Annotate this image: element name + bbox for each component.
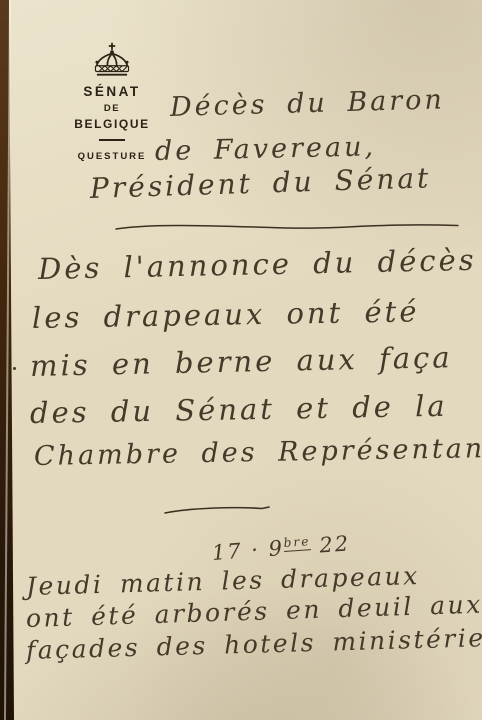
- photograph-background: SÉNAT DE BELGIQUE QUESTURE Décès du Baro…: [0, 0, 482, 720]
- royal-crown-icon: [89, 42, 135, 78]
- ink-underline-flourish: [162, 503, 274, 517]
- letterhead-org-line1: SÉNAT: [60, 85, 164, 98]
- letterhead: SÉNAT DE BELGIQUE QUESTURE: [60, 42, 164, 162]
- date-day: 17 ·: [211, 538, 261, 565]
- letterhead-org-line3: BELGIQUE: [60, 118, 164, 130]
- ink-flourish-line: [113, 219, 463, 235]
- letterhead-org-line2: DE: [60, 104, 164, 113]
- handwritten-body-line: les drapeaux ont été: [32, 294, 420, 335]
- date-year: 22: [319, 531, 351, 557]
- ink-speck: [13, 367, 16, 370]
- letterhead-divider: [99, 139, 125, 141]
- handwritten-body-line: des du Sénat et de la: [30, 389, 448, 430]
- handwritten-title-line: de Favereau,: [155, 131, 377, 167]
- paper-edge-highlight: [4, 0, 11, 720]
- date-month-suffix: bre: [283, 534, 311, 552]
- letterhead-department: QUESTURE: [60, 152, 164, 162]
